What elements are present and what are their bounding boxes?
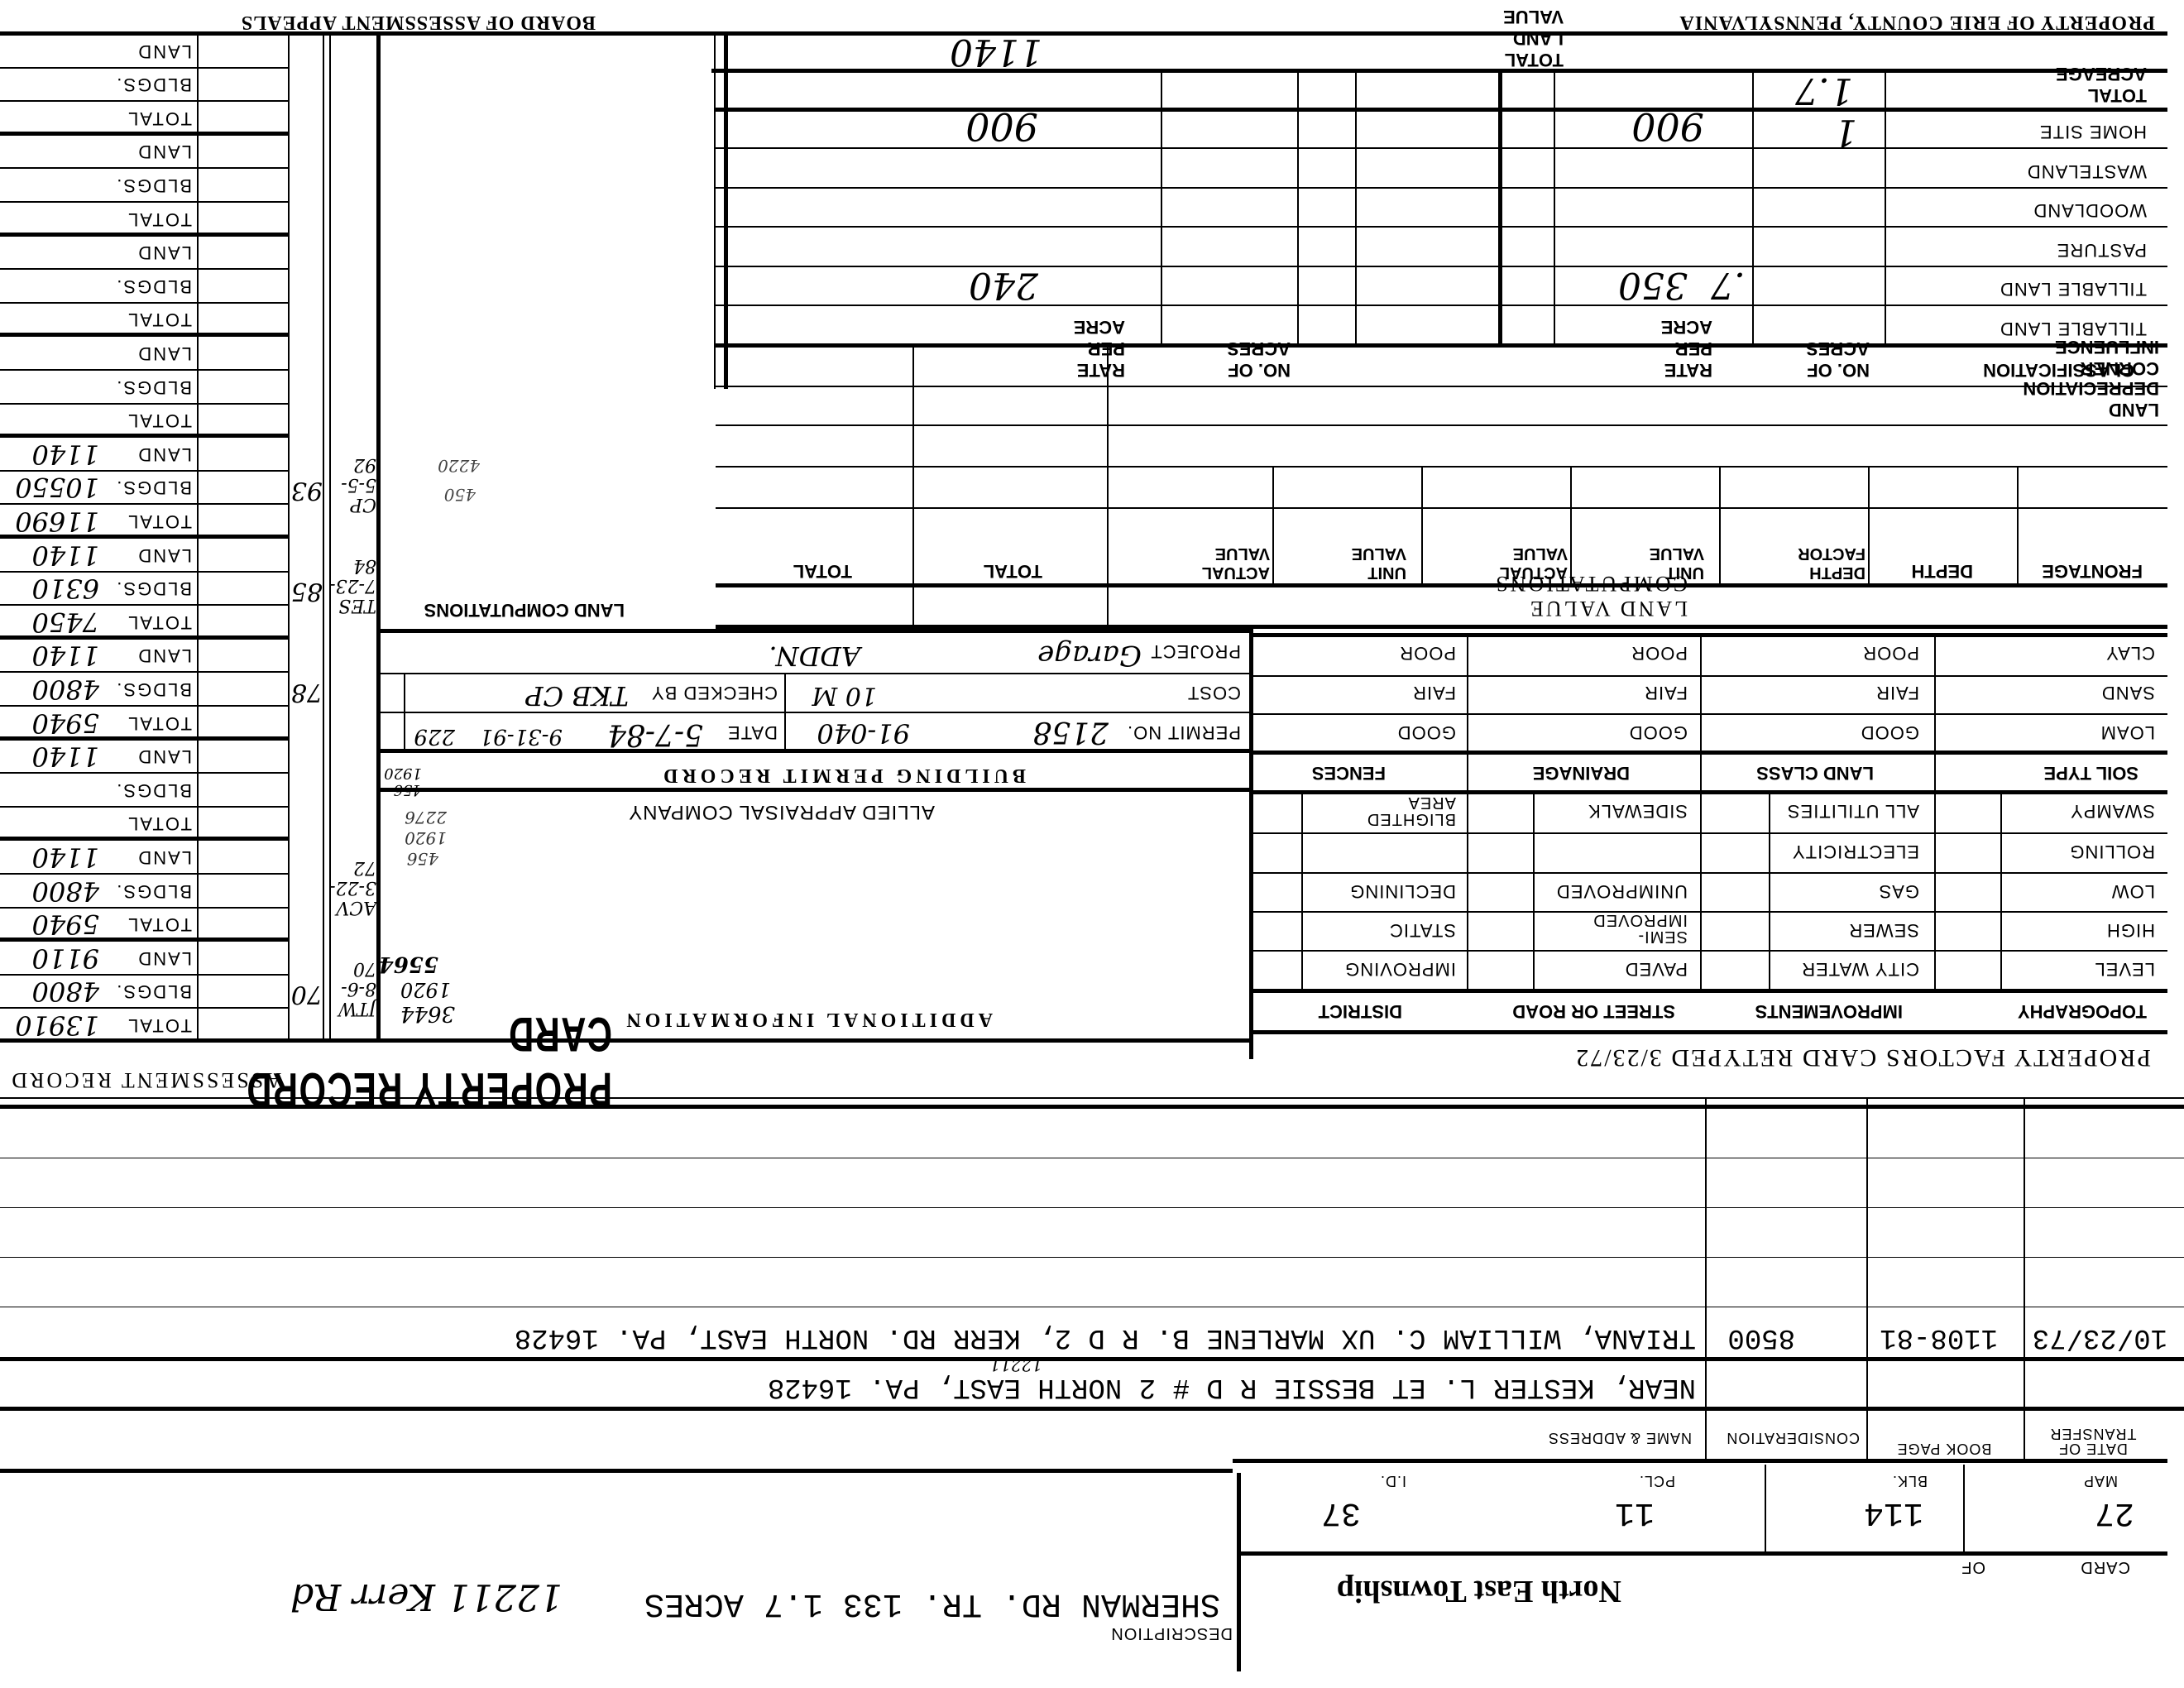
assessment-row-label: LAND <box>136 846 192 868</box>
of-label: OF <box>1961 1557 1985 1576</box>
col-frontage: FRONTAGE <box>2042 560 2143 582</box>
row-label-home-site: HOME SITE <box>2039 121 2147 142</box>
impr-electricity: ELECTRICITY <box>1792 841 1919 862</box>
project-value: Garage <box>1037 639 1142 672</box>
assessment-row-label: TOTAL <box>127 309 192 330</box>
assessment-row-label: LAND <box>136 41 192 62</box>
improvements-header: IMPROVEMENTS <box>1755 1000 1903 1022</box>
col-depth: DEPTH <box>1911 560 1973 582</box>
assessment-total-value: 13910 <box>15 1009 99 1041</box>
additional-info-title: ADDITIONAL INFORMATION <box>622 1008 993 1030</box>
drainage-header: DRAINAGE <box>1533 762 1630 784</box>
assessment-row-label: TOTAL <box>127 108 192 129</box>
district-declining: DECLINING <box>1349 880 1456 902</box>
date-value: 5-7-84 <box>607 717 703 751</box>
land-class-poor: POOR <box>1862 642 1919 664</box>
street-unimproved: UNIMPROVED <box>1556 880 1688 902</box>
description-label: DESCRIPTION <box>1110 1623 1233 1642</box>
col-total-2: TOTAL <box>793 560 852 582</box>
home-site-value: 900 <box>965 104 1038 149</box>
district-blighted: BLIGHTED AREA <box>1365 794 1456 827</box>
fences-good: GOOD <box>1397 722 1456 743</box>
checked-by-label: CHECKED BY <box>651 682 778 703</box>
drainage-fair: FAIR <box>1644 682 1688 703</box>
assessment-row-label: LAND <box>136 746 192 767</box>
assessment-row-label: LAND <box>136 645 192 666</box>
assessment-record-title: ASSESSMENT RECORD <box>9 1067 281 1092</box>
district-improving: IMPROVING <box>1344 958 1456 980</box>
topo-rolling: ROLLING <box>2069 841 2155 862</box>
addl-note-2: 1920 <box>405 828 447 848</box>
assessment-row-label: LAND <box>136 242 192 263</box>
assessment-total-value: 7450 <box>32 607 99 638</box>
col-name-address: NAME & ADDRESS <box>1548 1429 1692 1446</box>
cost-value: 10 M <box>812 681 877 710</box>
pcl-label: PCL. <box>1639 1472 1675 1489</box>
col-depth-factor: DEPTH FACTOR <box>1798 544 1865 582</box>
soil-loam: LOAM <box>2100 722 2155 743</box>
assessment-row-label: LAND <box>136 947 192 969</box>
total-acreage-value: 1.7 <box>1795 70 1853 112</box>
topo-swampy: SWAMPY <box>2070 800 2155 822</box>
assessment-row-label: TOTAL <box>127 209 192 230</box>
topo-low: LOW <box>2111 880 2155 902</box>
col-date-of-transfer: DATE OF TRANSFER <box>2035 1427 2151 1456</box>
county-title: PROPERTY OF ERIE COUNTY, PENNSYLVANIA <box>1679 11 2155 33</box>
permit-no-value: 2158 <box>1032 715 1109 749</box>
board-title: BOARD OF ASSESSMENT APPEALS <box>241 11 596 33</box>
topo-level: LEVEL <box>2095 958 2156 980</box>
land-value-computations-title: LAND VALUE COMPUTATIONS <box>1493 571 1688 621</box>
assessment-row-label: BLDGS. <box>115 276 192 297</box>
transfer-consideration-2: 8500 <box>1727 1321 1795 1353</box>
street-paved: PAVED <box>1625 958 1688 980</box>
total-land-value-heading: TOTAL LAND VALUE <box>1503 6 1564 70</box>
soil-sand: SAND <box>2101 682 2155 703</box>
col-consideration: CONSIDERATION <box>1726 1429 1860 1446</box>
street-sidewalk: SIDEWALK <box>1588 800 1688 822</box>
row-label-wasteland: WASTELAND <box>2027 161 2147 182</box>
assessment-row-label: BLDGS. <box>115 477 192 498</box>
retyped-note: PROPERTY FACTORS CARD RETYPED 3/23/72 <box>1574 1043 2151 1072</box>
assessment-row-label: TOTAL <box>127 1014 192 1036</box>
addl-note-3: 456 <box>407 849 438 869</box>
assessment-row-label: TOTAL <box>127 611 192 633</box>
transfer-name-2: TRIANA, WILLIAM C. UX MARLENE B. R D 2, … <box>515 1321 1696 1353</box>
permit-note-1: 1920 <box>384 765 422 782</box>
description-value: SHERMAN RD. TR. 133 1.7 ACRES <box>644 1585 1220 1622</box>
assessment-row-label: BLDGS. <box>115 981 192 1002</box>
map-value: 27 <box>2095 1494 2134 1531</box>
assessment-year: 93 <box>291 476 323 505</box>
tillable-rate: 350 <box>1618 264 1688 306</box>
assessment-bldgs-value: 4800 <box>32 875 99 907</box>
land-depreciation-label: LAND DEPRECIATION <box>2023 377 2159 420</box>
assessment-row-label: TOTAL <box>127 511 192 532</box>
col-unit-value-2: UNIT VALUE <box>1352 544 1406 582</box>
building-permit-title: BUILDING PERMIT RECORD <box>659 764 1026 786</box>
home-site-rate: 900 <box>1631 104 1704 149</box>
assessment-row-label: BLDGS. <box>115 880 192 902</box>
district-header: DISTRICT <box>1319 1000 1402 1022</box>
project-value-2: ADDN. <box>769 640 860 672</box>
soil-clay: CLAY <box>2105 642 2155 664</box>
row-label-woodland: WOODLAND <box>2033 199 2147 221</box>
assessment-row-label: LAND <box>136 544 192 566</box>
assessment-land-value: 1140 <box>32 741 99 772</box>
corner-influence-label: CORNER INFLUENCE <box>2055 336 2159 379</box>
col-acres-1: NO. OF ACRES <box>1806 338 1870 381</box>
blk-value: 114 <box>1864 1494 1923 1531</box>
assessment-row-label: TOTAL <box>127 813 192 834</box>
assessment-row-label: LAND <box>136 444 192 465</box>
card-label: CARD <box>2080 1557 2130 1576</box>
assessment-row-label: BLDGS. <box>115 679 192 700</box>
addl-note-1: 2276 <box>405 808 447 827</box>
addl-note-4: 3644 <box>400 1001 455 1026</box>
col-total-1: TOTAL <box>984 560 1042 582</box>
transfer-note: 12211 <box>989 1355 1042 1375</box>
addl-note-5: 1920 <box>400 978 451 1001</box>
land-computations-title: LAND COMPUTATIONS <box>424 599 625 621</box>
permit-no-value-2: 91-040 <box>817 717 910 749</box>
total-land-value: 1140 <box>950 31 1042 73</box>
transfer-name-1: NEAR, KESTER L. ET BESSIE R D # 2 NORTH … <box>768 1371 1696 1403</box>
col-acres-2: NO. OF ACRES <box>1227 338 1291 381</box>
row-label-tillable-1: TILLABLE LAND <box>2000 278 2147 300</box>
date-label: DATE <box>727 722 778 743</box>
transfer-book-2: 1108-81 <box>1880 1321 1998 1353</box>
handwritten-address: 12211 Kerr Rd <box>290 1575 563 1618</box>
assessment-land-value: 1140 <box>32 640 99 671</box>
addl-note-6: 5564 <box>379 952 438 976</box>
assessment-total-value: 5940 <box>32 909 99 940</box>
row-label-pasture: PASTURE <box>2057 239 2147 261</box>
cost-label: COST <box>1187 682 1241 703</box>
id-label: I.D. <box>1380 1472 1406 1489</box>
impr-all-utilities: ALL UTILITIES <box>1787 800 1919 822</box>
district-static: STATIC <box>1389 919 1456 941</box>
checked-by-value: TKB CP <box>525 680 629 712</box>
land-computation-note-2: 450 <box>444 485 476 505</box>
col-rate-1: RATE PER ACRE <box>1661 316 1712 381</box>
assessment-year: 85 <box>291 577 323 606</box>
assessment-row-label: TOTAL <box>127 914 192 935</box>
map-label: MAP <box>2083 1472 2118 1489</box>
topo-high: HIGH <box>2106 919 2155 941</box>
assessment-row-label: BLDGS. <box>115 376 192 398</box>
assessment-bldgs-value: 4800 <box>32 674 99 705</box>
land-class-fair: FAIR <box>1875 682 1919 703</box>
col-rate-2: RATE PER ACRE <box>1074 316 1125 381</box>
tillable-acres: .7 <box>1711 264 1746 306</box>
blk-label: BLK. <box>1892 1472 1928 1489</box>
township: North East Township <box>1337 1573 1621 1609</box>
assessment-year: 78 <box>291 678 323 707</box>
street-header: STREET OR ROAD <box>1512 1000 1675 1022</box>
id-value: 37 <box>1321 1494 1361 1531</box>
date-value-2: 9-31-91 <box>480 724 563 749</box>
street-semi-improved: SEMI-IMPROVED <box>1588 912 1688 945</box>
assessment-row-label: BLDGS. <box>115 578 192 599</box>
assessment-row-label: LAND <box>136 141 192 162</box>
assessment-land-value: 1140 <box>32 439 99 470</box>
assessment-date-note: CP 5-5-92 <box>327 454 376 514</box>
fences-fair: FAIR <box>1412 682 1456 703</box>
transfer-date-2: 10/23/73 <box>2033 1321 2167 1353</box>
permit-no-label: PERMIT NO. <box>1127 722 1241 743</box>
assessment-date-note: ACV 3-22-72 <box>327 857 376 917</box>
assessment-row-label: BLDGS. <box>115 74 192 95</box>
project-label: PROJECT <box>1150 640 1241 662</box>
assessment-total-value: 11690 <box>15 506 99 537</box>
impr-city-water: CITY WATER <box>1801 958 1919 980</box>
pcl-value: 11 <box>1615 1494 1655 1531</box>
land-class-header: LAND CLASS <box>1756 762 1874 784</box>
assessment-bldgs-value: 6310 <box>32 573 99 604</box>
assessment-row-label: LAND <box>136 343 192 364</box>
land-class-good: GOOD <box>1861 722 1919 743</box>
assessment-land-value: 1140 <box>32 842 99 873</box>
assessment-land-value: 9110 <box>32 942 99 974</box>
permit-note-2: 456 <box>394 781 422 798</box>
assessment-row-label: TOTAL <box>127 712 192 734</box>
land-computation-note-1: 4220 <box>438 456 480 476</box>
drainage-poor: POOR <box>1631 642 1688 664</box>
impr-gas: GAS <box>1879 880 1919 902</box>
drainage-good: GOOD <box>1629 722 1688 743</box>
assessment-land-value: 1140 <box>32 539 99 571</box>
home-site-acres: 1 <box>1834 111 1857 153</box>
assessment-row-label: BLDGS. <box>115 175 192 196</box>
assessment-year: 70 <box>291 980 323 1009</box>
topography-header: TOPOGRAPHY <box>2018 1000 2147 1022</box>
assessment-bldgs-value: 4800 <box>32 976 99 1007</box>
tillable-value: 240 <box>969 264 1038 306</box>
assessment-row-label: BLDGS. <box>115 779 192 801</box>
soil-type-header: SOIL TYPE <box>2043 762 2138 784</box>
date-note: 229 <box>414 724 455 749</box>
assessment-date-note: TES 7-23-84 <box>327 555 376 615</box>
property-record-card: PROPERTY OF ERIE COUNTY, PENNSYLVANIA BO… <box>0 0 2184 1688</box>
assessment-total-value: 5940 <box>32 707 99 739</box>
fences-header: FENCES <box>1312 762 1386 784</box>
appraisal-company: ALLIED APPRAISAL COMPANY <box>628 800 935 823</box>
assessment-date-note: JTW 8-6-70 <box>327 958 376 1018</box>
assessment-row-label: TOTAL <box>127 410 192 431</box>
fences-poor: POOR <box>1399 642 1456 664</box>
col-actual-value-2: ACTUAL VALUE <box>1202 544 1270 582</box>
impr-sewer: SEWER <box>1848 919 1919 941</box>
row-label-total-acreage: TOTAL ACREAGE <box>2056 63 2147 106</box>
col-book-page: BOOK PAGE <box>1894 1441 1994 1456</box>
assessment-bldgs-value: 10550 <box>15 472 99 503</box>
